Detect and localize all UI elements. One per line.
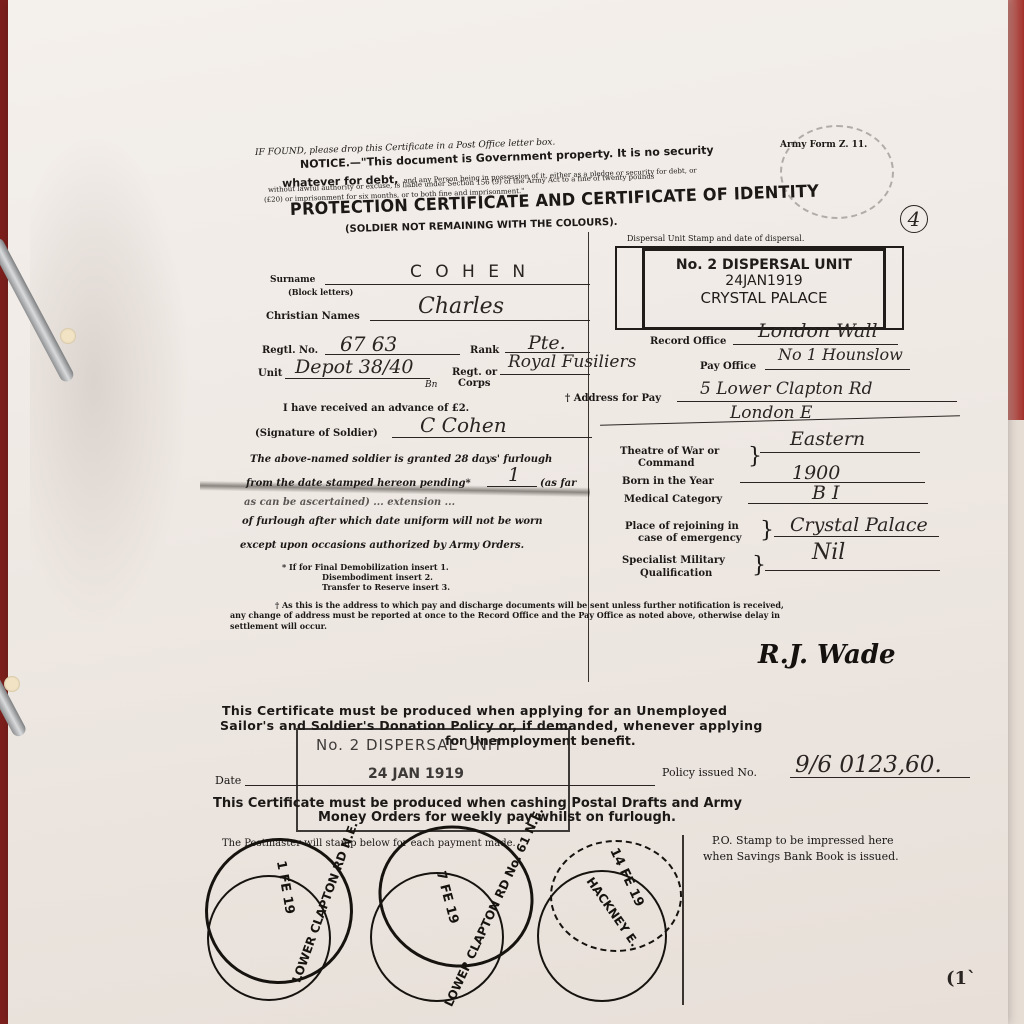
form-number: Army Form Z. 11.: [780, 140, 867, 150]
signature-label: (Signature of Soldier): [255, 428, 378, 439]
officer-signature: R.J. Wade: [758, 640, 896, 670]
dispersal-stamp: No. 2 DISPERSAL UNIT 24JAN1919 CRYSTAL P…: [642, 248, 886, 330]
footnote-star-3: Transfer to Reserve insert 3.: [322, 582, 450, 592]
theatre-label: Theatre of War or: [620, 446, 719, 457]
regtl-no-value: 67 63: [340, 332, 397, 356]
page-marker: 4: [900, 205, 928, 233]
torn-fold-mark: [200, 481, 590, 498]
record-office-label: Record Office: [650, 336, 726, 347]
specialist-value: Nil: [812, 540, 845, 565]
po-stamp-line2: when Savings Bank Book is issued.: [703, 850, 899, 863]
rejoin-line: [774, 536, 939, 537]
regt-line: [500, 374, 590, 375]
furlough-line4: of furlough after which date uniform wil…: [242, 516, 543, 527]
dispersal-stamp-line1: No. 2 DISPERSAL UNIT: [645, 257, 883, 273]
soldier-signature: C Cohen: [420, 413, 507, 437]
christian-names-label: Christian Names: [266, 311, 360, 322]
pay-office-line: [765, 369, 910, 370]
qualification-label: Qualification: [640, 568, 712, 579]
postal-line1: This Certificate must be produced when c…: [213, 796, 742, 811]
dispersal-label: Dispersal Unit Stamp and date of dispers…: [627, 234, 804, 243]
date-stamp-date: 24 JAN 1919: [298, 766, 568, 782]
christian-names-line: [370, 320, 590, 321]
certificate-subtitle: (SOLDIER NOT REMAINING WITH THE COLOURS)…: [345, 217, 618, 235]
rejoin-value: Crystal Palace: [790, 514, 928, 536]
date-stamp-line1: No. 2 DISPERSAL UNIT: [298, 736, 568, 754]
specialist-brace: }: [752, 553, 766, 578]
specialist-line: [765, 570, 940, 571]
postal-line2: Money Orders for weekly pay whilst on fu…: [318, 810, 676, 825]
record-office-value: London Wall: [758, 320, 878, 342]
theatre-brace: }: [748, 444, 762, 469]
date-label: Date: [215, 774, 241, 787]
footnote-dagger-3: settlement will occur.: [230, 621, 327, 631]
regtl-no-label: Regtl. No.: [262, 345, 318, 356]
signature-line: [392, 437, 592, 438]
page-marker-bottom: (1`: [946, 968, 976, 989]
po-stamp-line1: P.O. Stamp to be impressed here: [712, 834, 894, 847]
born-label: Born in the Year: [622, 476, 714, 487]
furlough-line3: as can be ascertained) ... extension ...: [244, 497, 455, 508]
policy-label: Policy issued No.: [662, 766, 757, 779]
policy-number: 9/6 0123,60.: [795, 752, 942, 778]
pay-office-label: Pay Office: [700, 361, 756, 372]
rank-value: Pte.: [528, 332, 566, 354]
dispersal-stamp-date: 24JAN1919: [645, 273, 883, 289]
date-line: [245, 785, 655, 786]
theatre-line: [760, 452, 920, 453]
unit-sub: Bn: [425, 380, 437, 390]
furlough-pending-value: 1: [508, 464, 520, 486]
rejoin-label: Place of rejoining in: [625, 521, 739, 532]
medical-label: Medical Category: [624, 494, 722, 505]
furlough-line1: The above-named soldier is granted 28 da…: [250, 454, 552, 465]
footnote-dagger-2: any change of address must be reported a…: [230, 610, 780, 620]
surname-label: Surname: [270, 275, 315, 285]
surname-sublabel: (Block letters): [288, 287, 353, 297]
address-value-line1: 5 Lower Clapton Rd: [700, 379, 872, 399]
dispersal-stamp-line3: CRYSTAL PALACE: [645, 289, 883, 307]
regt-value: Royal Fusiliers: [508, 352, 636, 372]
furlough-line5: except upon occasions authorized by Army…: [240, 540, 524, 551]
unit-label: Unit: [258, 368, 282, 379]
surname-value: C O H E N: [410, 262, 529, 282]
command-label: Command: [638, 458, 695, 469]
rejoin-brace: }: [760, 518, 774, 543]
footnote-dagger-1: † As this is the address to which pay an…: [275, 600, 784, 610]
unemployment-line1: This Certificate must be produced when a…: [222, 703, 727, 718]
medical-value: B I: [812, 482, 840, 504]
unit-line: [285, 378, 430, 379]
address-label: † Address for Pay: [565, 393, 661, 404]
rank-label: Rank: [470, 345, 499, 356]
born-value: 1900: [792, 462, 840, 484]
regt-label: Regt. or: [452, 367, 497, 378]
footnote-star-2: Disembodiment insert 2.: [322, 572, 433, 582]
protection-certificate: Army Form Z. 11. 4 IF FOUND, please drop…: [0, 0, 1024, 1024]
unit-value: Depot 38/40: [295, 356, 414, 378]
theatre-value: Eastern: [790, 428, 865, 450]
specialist-label: Specialist Military: [622, 555, 725, 566]
corps-label: Corps: [458, 378, 491, 389]
pay-office-value: No 1 Hounslow: [778, 345, 903, 364]
surname-line: [325, 284, 590, 285]
christian-names-value: Charles: [418, 294, 504, 319]
footnote-star-1: * If for Final Demobilization insert 1.: [282, 562, 449, 572]
rejoin-label-2: case of emergency: [638, 533, 742, 544]
address-line: [677, 401, 957, 402]
stamp-divider: [682, 835, 684, 1005]
